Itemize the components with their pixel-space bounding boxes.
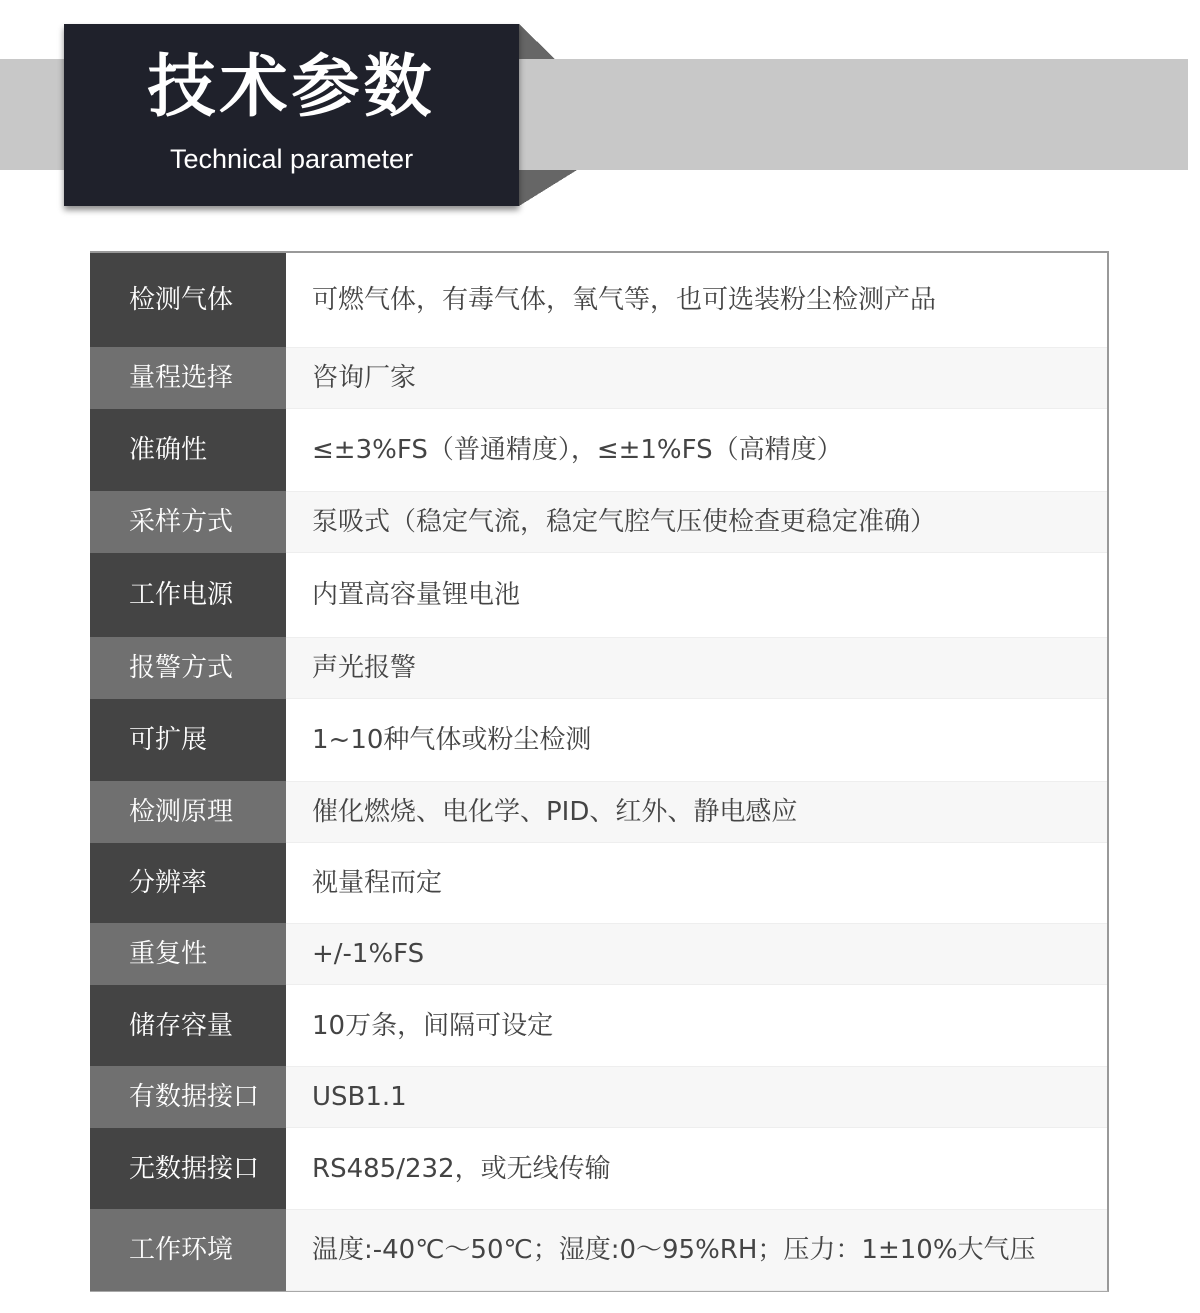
spec-label: 检测气体 [90, 253, 286, 347]
ribbon-fold-top [519, 24, 555, 59]
spec-row-accuracy: 准确性 ≤±3%FS（普通精度），≤±1%FS（高精度） [90, 409, 1107, 491]
spec-row-repeatability: 重复性 +/-1%FS [90, 923, 1107, 985]
spec-value: +/-1%FS [286, 923, 1107, 985]
spec-label: 有数据接口 [90, 1066, 286, 1128]
spec-value: 声光报警 [286, 637, 1107, 699]
spec-value: 视量程而定 [286, 843, 1107, 923]
spec-row-resolution: 分辨率 视量程而定 [90, 843, 1107, 923]
spec-label: 工作电源 [90, 553, 286, 637]
spec-label: 无数据接口 [90, 1128, 286, 1209]
spec-label: 分辨率 [90, 843, 286, 923]
spec-row-wired-interface: 有数据接口 USB1.1 [90, 1066, 1107, 1128]
spec-label: 重复性 [90, 923, 286, 985]
spec-label: 检测原理 [90, 781, 286, 843]
spec-label: 量程选择 [90, 347, 286, 409]
spec-label: 储存容量 [90, 985, 286, 1066]
spec-value: 泵吸式（稳定气流，稳定气腔气压使检查更稳定准确） [286, 491, 1107, 553]
spec-row-storage: 储存容量 10万条，间隔可设定 [90, 985, 1107, 1066]
ribbon-fold-bottom [519, 170, 577, 206]
spec-row-alarm: 报警方式 声光报警 [90, 637, 1107, 699]
section-title-box: 技术参数 Technical parameter [64, 24, 519, 206]
spec-label: 准确性 [90, 409, 286, 491]
spec-value: 1~10种气体或粉尘检测 [286, 699, 1107, 781]
spec-value: 温度:-40℃～50℃；湿度:0～95%RH；压力：1±10%大气压 [286, 1209, 1107, 1291]
spec-label: 采样方式 [90, 491, 286, 553]
spec-value: 内置高容量锂电池 [286, 553, 1107, 637]
spec-label: 可扩展 [90, 699, 286, 781]
section-subtitle: Technical parameter [64, 142, 519, 176]
spec-label: 工作环境 [90, 1209, 286, 1291]
spec-value: 催化燃烧、电化学、PID、红外、静电感应 [286, 781, 1107, 843]
section-title: 技术参数 [64, 48, 519, 128]
spec-row-power: 工作电源 内置高容量锂电池 [90, 553, 1107, 637]
spec-value: RS485/232，或无线传输 [286, 1128, 1107, 1209]
spec-value: USB1.1 [286, 1066, 1107, 1128]
spec-value: 可燃气体，有毒气体，氧气等，也可选装粉尘检测产品 [286, 253, 1107, 347]
spec-row-gas: 检测气体 可燃气体，有毒气体，氧气等，也可选装粉尘检测产品 [90, 253, 1107, 347]
spec-row-expandable: 可扩展 1~10种气体或粉尘检测 [90, 699, 1107, 781]
spec-label: 报警方式 [90, 637, 286, 699]
spec-row-range: 量程选择 咨询厂家 [90, 347, 1107, 409]
spec-row-environment: 工作环境 温度:-40℃～50℃；湿度:0～95%RH；压力：1±10%大气压 [90, 1209, 1107, 1291]
spec-row-principle: 检测原理 催化燃烧、电化学、PID、红外、静电感应 [90, 781, 1107, 843]
spec-value: 咨询厂家 [286, 347, 1107, 409]
spec-row-sampling: 采样方式 泵吸式（稳定气流，稳定气腔气压使检查更稳定准确） [90, 491, 1107, 553]
spec-value: 10万条，间隔可设定 [286, 985, 1107, 1066]
spec-value: ≤±3%FS（普通精度），≤±1%FS（高精度） [286, 409, 1107, 491]
spec-table: 检测气体 可燃气体，有毒气体，氧气等，也可选装粉尘检测产品 量程选择 咨询厂家 … [90, 251, 1109, 1292]
spec-row-wireless-interface: 无数据接口 RS485/232，或无线传输 [90, 1128, 1107, 1209]
